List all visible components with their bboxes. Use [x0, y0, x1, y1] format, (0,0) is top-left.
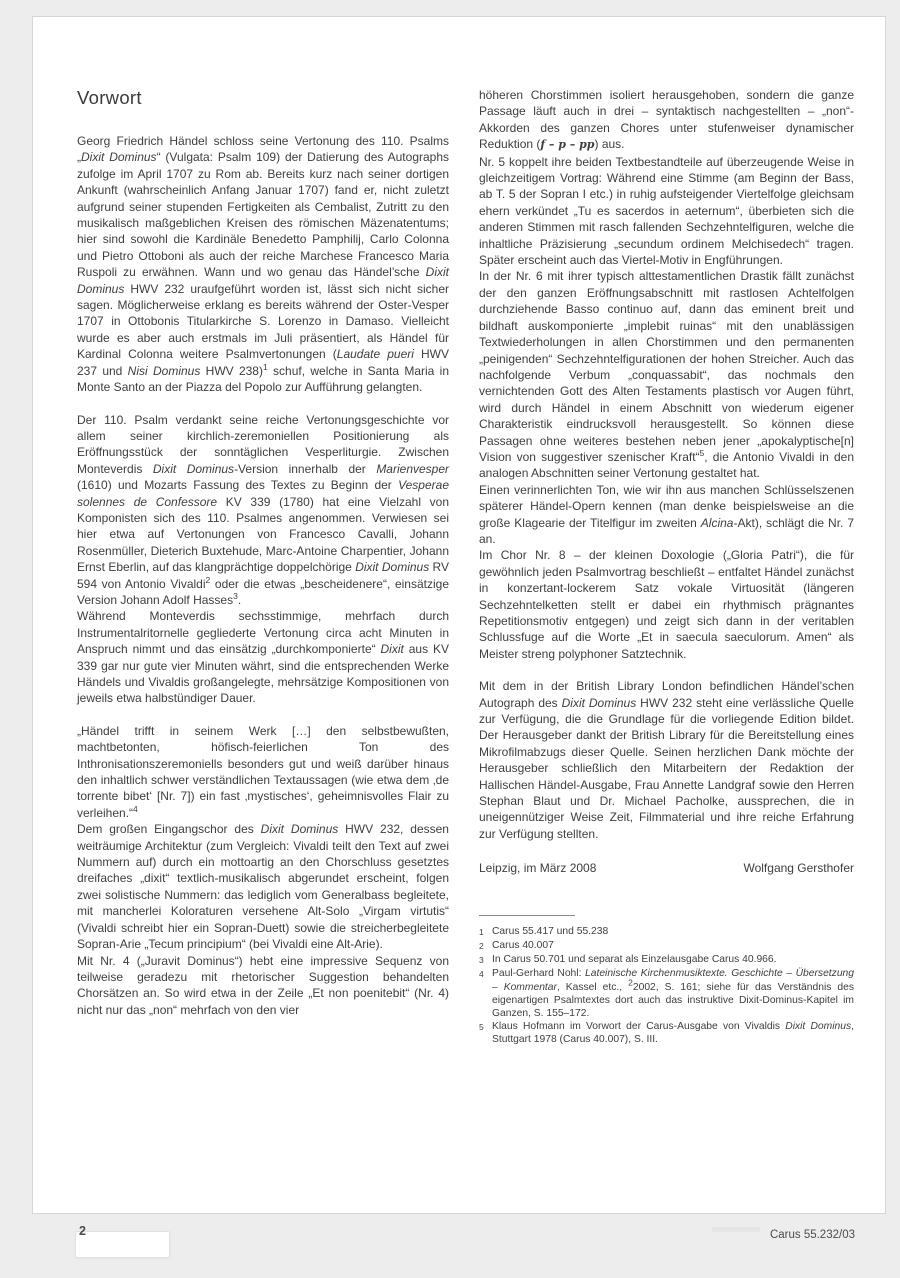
signoff: Leipzig, im März 2008 Wolfgang Gersthofe… [479, 860, 854, 876]
paragraph: Im Chor Nr. 8 – der kleinen Doxologie („… [479, 547, 854, 662]
footnote-text: Carus 40.007 [492, 939, 854, 953]
paragraph: Während Monteverdis sechsstimmige, mehrf… [77, 608, 449, 706]
footnote: 2Carus 40.007 [479, 939, 854, 953]
footnote-separator [479, 915, 575, 916]
paragraph: höheren Chorstimmen isoliert herausgehob… [479, 87, 854, 154]
footnote: 3In Carus 50.701 und separat als Einzela… [479, 953, 854, 967]
paragraph: Einen verinnerlichten Ton, wie wir ihn a… [479, 482, 854, 548]
footnote: 4Paul-Gerhard Nohl: Lateinische Kirchenm… [479, 967, 854, 1020]
page-content: Vorwort Georg Friedrich Händel schloss s… [33, 17, 885, 1047]
paragraph: Mit Nr. 4 („Juravit Dominus“) hebt eine … [77, 953, 449, 1019]
paragraph: Der 110. Psalm verdankt seine reiche Ver… [77, 412, 449, 609]
footnote-number: 4 [479, 967, 492, 1020]
footnote-number: 2 [479, 939, 492, 953]
footnote: 5Klaus Hofmann im Vorwort der Carus-Ausg… [479, 1020, 854, 1046]
edition-number: Carus 55.232/03 [770, 1229, 855, 1241]
page-number: 2 [79, 1224, 86, 1238]
footnote-text: Klaus Hofmann im Vorwort der Carus-Ausga… [492, 1020, 854, 1046]
footer-divider [712, 1227, 760, 1232]
paragraph: Mit dem in der British Library London be… [479, 678, 854, 842]
signoff-place-date: Leipzig, im März 2008 [479, 860, 596, 876]
footnote: 1Carus 55.417 und 55.238 [479, 925, 854, 939]
left-column-text: Georg Friedrich Händel schloss seine Ver… [77, 133, 449, 1018]
paragraph: Nr. 5 koppelt ihre beiden Textbestandtei… [479, 154, 854, 269]
paragraph: Georg Friedrich Händel schloss seine Ver… [77, 133, 449, 396]
footnotes: 1Carus 55.417 und 55.2382Carus 40.0073In… [479, 915, 854, 1047]
footnote-number: 1 [479, 925, 492, 939]
viewer-background: Vorwort Georg Friedrich Händel schloss s… [0, 0, 900, 1278]
footnote-list: 1Carus 55.417 und 55.2382Carus 40.0073In… [479, 925, 854, 1047]
footnote-text: Carus 55.417 und 55.238 [492, 925, 854, 939]
left-column: Vorwort Georg Friedrich Händel schloss s… [77, 87, 449, 1047]
page-number-box: 2 [75, 1231, 170, 1258]
page-title: Vorwort [77, 87, 449, 109]
page: Vorwort Georg Friedrich Händel schloss s… [32, 16, 886, 1214]
paragraph: Dem großen Eingangschor des Dixit Dominu… [77, 821, 449, 952]
paragraph: „Händel trifft in seinem Werk […] den se… [77, 723, 449, 821]
footnote-number: 3 [479, 953, 492, 967]
footnote-text: In Carus 50.701 und separat als Einzelau… [492, 953, 854, 967]
paragraph: In der Nr. 6 mit ihrer typisch alttestam… [479, 268, 854, 481]
right-column: höheren Chorstimmen isoliert herausgehob… [479, 87, 854, 1047]
signoff-author: Wolfgang Gersthofer [743, 860, 854, 876]
right-column-text: höheren Chorstimmen isoliert herausgehob… [479, 87, 854, 842]
footnote-number: 5 [479, 1020, 492, 1046]
footnote-text: Paul-Gerhard Nohl: Lateinische Kirchenmu… [492, 967, 854, 1020]
